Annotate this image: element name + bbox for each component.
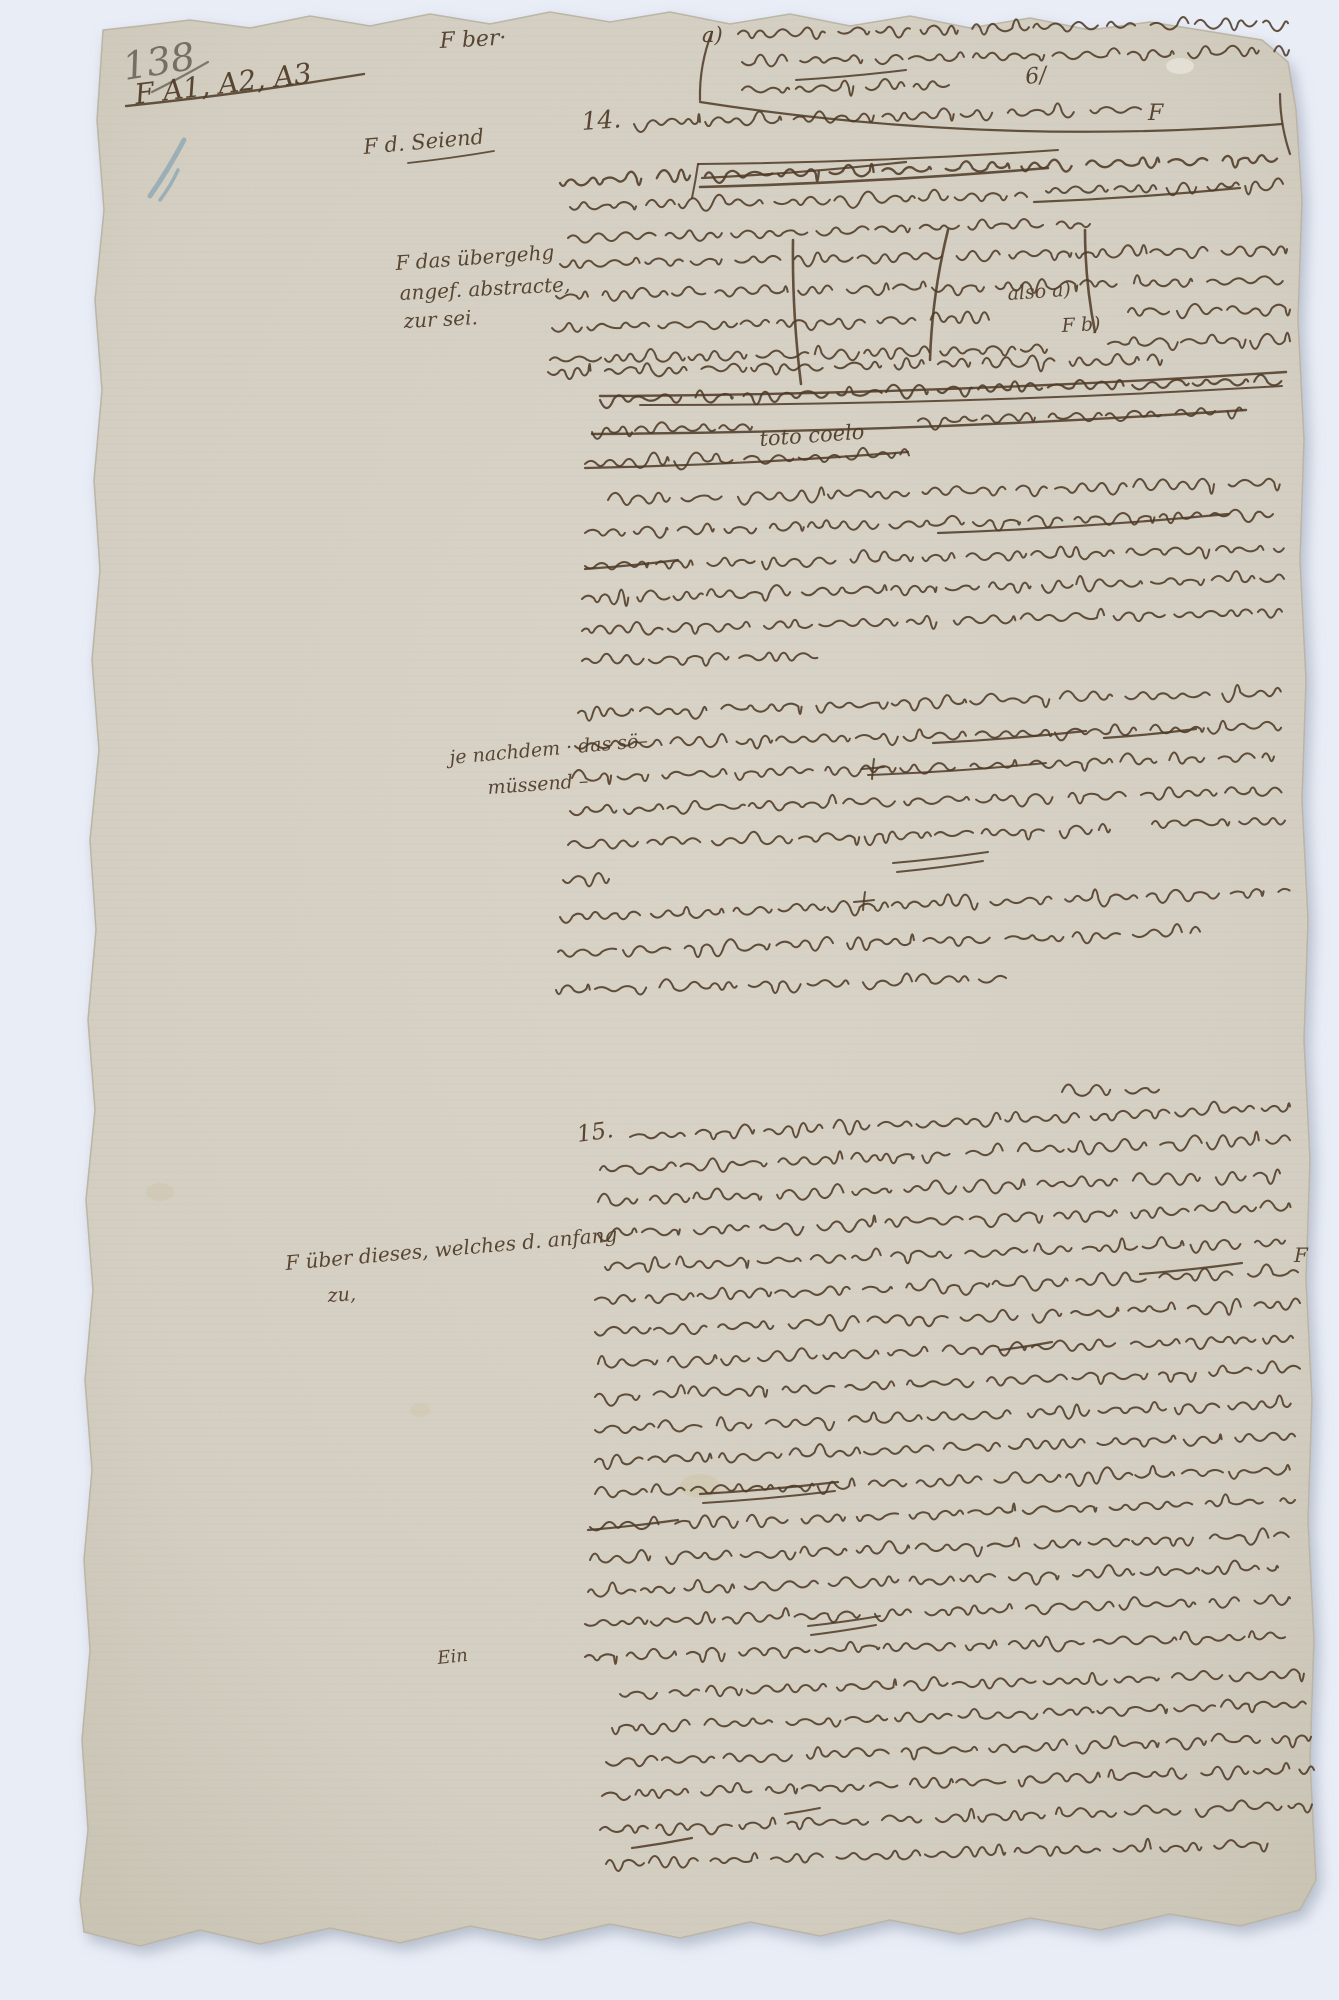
f-b-mark: F b) (1060, 313, 1101, 337)
paper-texture (60, 0, 1339, 2000)
paper-stain (410, 1403, 430, 1417)
document-scan: 138 F A1, A2, A3 F ber· a) 6/ 14. F also… (0, 0, 1339, 2000)
paper-stain (146, 1183, 174, 1201)
torn-sliver (1166, 58, 1194, 74)
paragraph-14-number: 14. (580, 104, 622, 136)
bottom-margin-mark: Ein (435, 1645, 469, 1669)
item-a-label: a) (702, 23, 723, 47)
margin-insert-top: F ber· (438, 26, 507, 55)
paragraph-15-number: 15. (575, 1117, 615, 1148)
margin-note-uebergang-line3: zur sei. (402, 305, 478, 333)
insert-f-mark-2: F (1293, 1243, 1309, 1267)
also-a-mark: also a) (1007, 279, 1072, 305)
margin-note-anfang-line2: zu, (326, 1283, 357, 1307)
manuscript-page: 138 F A1, A2, A3 F ber· a) 6/ 14. F also… (0, 0, 1339, 2000)
insert-f-mark-1: F (1147, 101, 1164, 126)
